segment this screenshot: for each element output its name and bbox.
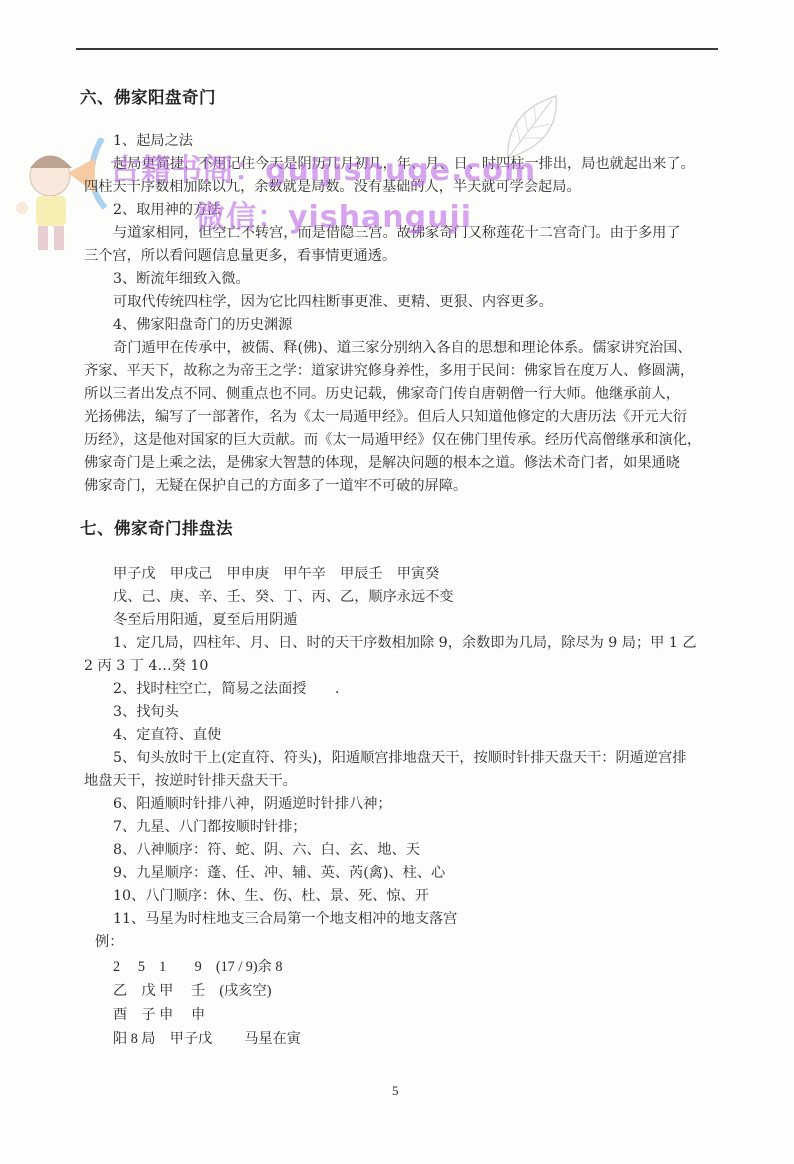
paragraph-line: 11、马星为时柱地支三合局第一个地支相冲的地支落宫 xyxy=(113,908,457,930)
paragraph-line: 1、定几局，四柱年、月、日、时的天干序数相加除 9，余数即为几局，除尽为 9 局… xyxy=(113,632,697,654)
example-stems: 乙 戊 甲 壬 (戌亥空) xyxy=(113,980,271,1000)
paragraph-line: 9、九星顺序：蓬、任、冲、辅、英、芮(禽)、柱、心 xyxy=(113,862,445,884)
paragraph-line: 8、八神顺序：符、蛇、阴、六、白、玄、地、天 xyxy=(113,839,420,861)
paragraph-line: 所以三者出发点不同、侧重点也不同。历史记载，佛家奇门传自唐朝僧一行大师。他继承前… xyxy=(84,383,680,405)
paragraph-line: 5、旬头放时干上(定直符、符头)，阳遁顺宫排地盘天干，按顺时针排天盘天干：阴遁逆… xyxy=(113,747,686,769)
paragraph-line: 光扬佛法，编写了一部著作，名为《太一局遁甲经》。但后人只知道他修定的大唐历法《开… xyxy=(84,406,687,428)
paragraph-line: 甲子戊 甲戌己 甲申庚 甲午辛 甲辰壬 甲寅癸 xyxy=(113,563,439,585)
section-heading-7: 七、佛家奇门排盘法 xyxy=(80,515,233,539)
paragraph-line: 可取代传统四柱学，因为它比四柱断事更准、更精、更狠、内容更多。 xyxy=(113,291,553,313)
mascot-illustration-icon xyxy=(10,138,120,258)
paragraph-line: 6、阳遁顺时针排八神，阴遁逆时针排八神； xyxy=(113,793,392,815)
paragraph-line: 冬至后用阳遁，夏至后用阴遁 xyxy=(113,609,297,631)
paragraph-line: 地盘天干，按逆时针排天盘天干。 xyxy=(84,770,297,792)
paragraph-line: 奇门遁甲在传承中，被儒、释(佛)、道三家分别纳入各自的思想和理论体系。儒家讲究治… xyxy=(113,337,692,359)
paragraph-line: 2 丙 3 丁 4…癸 10 xyxy=(84,655,208,677)
watermark-line-1: 古籍书阁：guijishuge.com xyxy=(110,145,536,189)
paragraph-line: 2、找时柱空亡，简易之法面授 . xyxy=(113,678,339,700)
paragraph-line: 7、九星、八门都按顺时针排； xyxy=(113,816,306,838)
paragraph-line: 齐家、平天下，故称之为帝王之学：道家讲究修身养性，多用于民间：佛家旨在度万人、修… xyxy=(84,360,694,382)
example-label: 例： xyxy=(95,931,123,953)
paragraph-line: 4、佛家阳盘奇门的历史渊源 xyxy=(113,314,292,336)
paragraph-line: 3、断流年细致入微。 xyxy=(113,268,250,290)
example-numbers: 2 5 1 9 (17 / 9)余 8 xyxy=(113,956,282,976)
example-result: 阳 8 局 甲子戊 马星在寅 xyxy=(113,1028,301,1048)
paragraph-line: 三个宫，所以看问题信息量更多，看事情更通透。 xyxy=(84,245,396,267)
paragraph-line: 戊、己、庚、辛、壬、癸、丁、丙、乙，顺序永远不变 xyxy=(113,586,454,608)
paragraph-line: 佛家奇门，无疑在保护自己的方面多了一道牢不可破的屏障。 xyxy=(84,475,467,497)
header-rule xyxy=(76,48,718,50)
page-number: 5 xyxy=(392,1083,399,1099)
example-branches: 酉 子 申 申 xyxy=(113,1004,205,1024)
paragraph-line: 3、找旬头 xyxy=(113,701,179,723)
paragraph-line: 10、八门顺序：休、生、伤、杜、景、死、惊、开 xyxy=(113,885,429,907)
watermark-line-2: 微信：yishanguji xyxy=(195,192,472,236)
paragraph-line: 佛家奇门是上乘之法，是佛家大智慧的体现，是解决问题的根本之道。修法术奇门者，如果… xyxy=(84,452,680,474)
paragraph-line: 4、定直符、直使 xyxy=(113,724,221,746)
section-heading-6: 六、佛家阳盘奇门 xyxy=(80,84,216,108)
paragraph-line: 历经》，这是他对国家的巨大贡献。而《太一局遁甲经》仅在佛门里传承。经历代高僧继承… xyxy=(84,429,701,451)
